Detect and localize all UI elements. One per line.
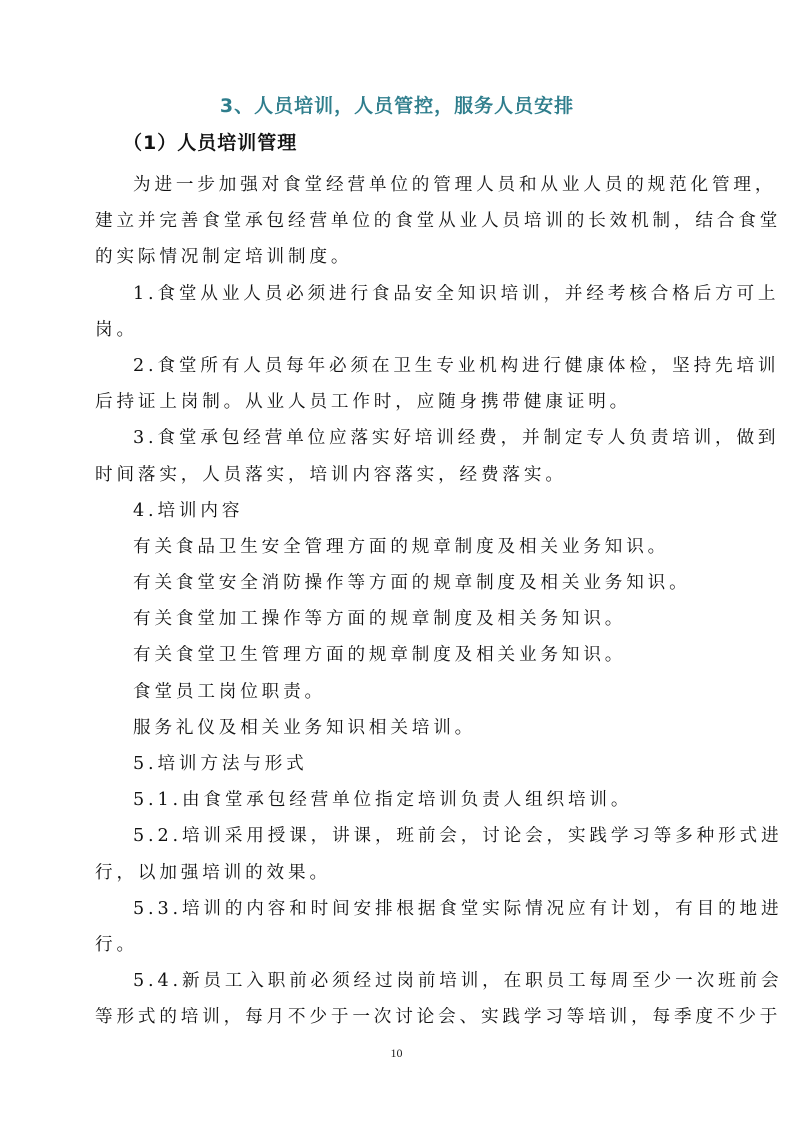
text-line: 3.食堂承包经营单位应落实好培训经费，并制定专人负责培训，做到 bbox=[95, 420, 699, 456]
text-line: 为进一步加强对食堂经营单位的管理人员和从业人员的规范化管理， bbox=[95, 167, 699, 203]
text-line: 后持证上岗制。从业人员工作时，应随身携带健康证明。 bbox=[95, 384, 699, 420]
body-text: 为进一步加强对食堂经营单位的管理人员和从业人员的规范化管理， 建立并完善食堂承包… bbox=[95, 167, 699, 1036]
text-line: 建立并完善食堂承包经营单位的食堂从业人员培训的长效机制，结合食堂 bbox=[95, 203, 699, 239]
section-title: 3、人员培训，人员管控，服务人员安排 bbox=[95, 93, 699, 119]
text-line: 5.1.由食堂承包经营单位指定培训负责人组织培训。 bbox=[95, 782, 699, 818]
text-line: 岗。 bbox=[95, 312, 699, 348]
text-line: 有关食品卫生安全管理方面的规章制度及相关业务知识。 bbox=[95, 529, 699, 565]
text-line: 4.培训内容 bbox=[95, 493, 699, 529]
text-line: 5.4.新员工入职前必须经过岗前培训，在职员工每周至少一次班前会 bbox=[95, 963, 699, 999]
text-line: 5.培训方法与形式 bbox=[95, 746, 699, 782]
text-line: 时间落实，人员落实，培训内容落实，经费落实。 bbox=[95, 457, 699, 493]
subsection-heading: （1）人员培训管理 bbox=[123, 130, 297, 156]
page-number: 10 bbox=[0, 1046, 793, 1061]
text-line: 5.3.培训的内容和时间安排根据食堂实际情况应有计划，有目的地进 bbox=[95, 891, 699, 927]
text-line: 的实际情况制定培训制度。 bbox=[95, 239, 699, 275]
text-line: 5.2.培训采用授课，讲课，班前会，讨论会，实践学习等多种形式进 bbox=[95, 818, 699, 854]
text-line: 等形式的培训，每月不少于一次讨论会、实践学习等培训，每季度不少于 bbox=[95, 999, 699, 1035]
text-line: 行，以加强培训的效果。 bbox=[95, 855, 699, 891]
text-line: 有关食堂卫生管理方面的规章制度及相关业务知识。 bbox=[95, 637, 699, 673]
text-line: 有关食堂安全消防操作等方面的规章制度及相关业务知识。 bbox=[95, 565, 699, 601]
text-line: 行。 bbox=[95, 927, 699, 963]
text-line: 食堂员工岗位职责。 bbox=[95, 674, 699, 710]
text-line: 2.食堂所有人员每年必须在卫生专业机构进行健康体检，坚持先培训 bbox=[95, 348, 699, 384]
text-line: 1.食堂从业人员必须进行食品安全知识培训，并经考核合格后方可上 bbox=[95, 276, 699, 312]
text-line: 有关食堂加工操作等方面的规章制度及相关务知识。 bbox=[95, 601, 699, 637]
text-line: 服务礼仪及相关业务知识相关培训。 bbox=[95, 710, 699, 746]
